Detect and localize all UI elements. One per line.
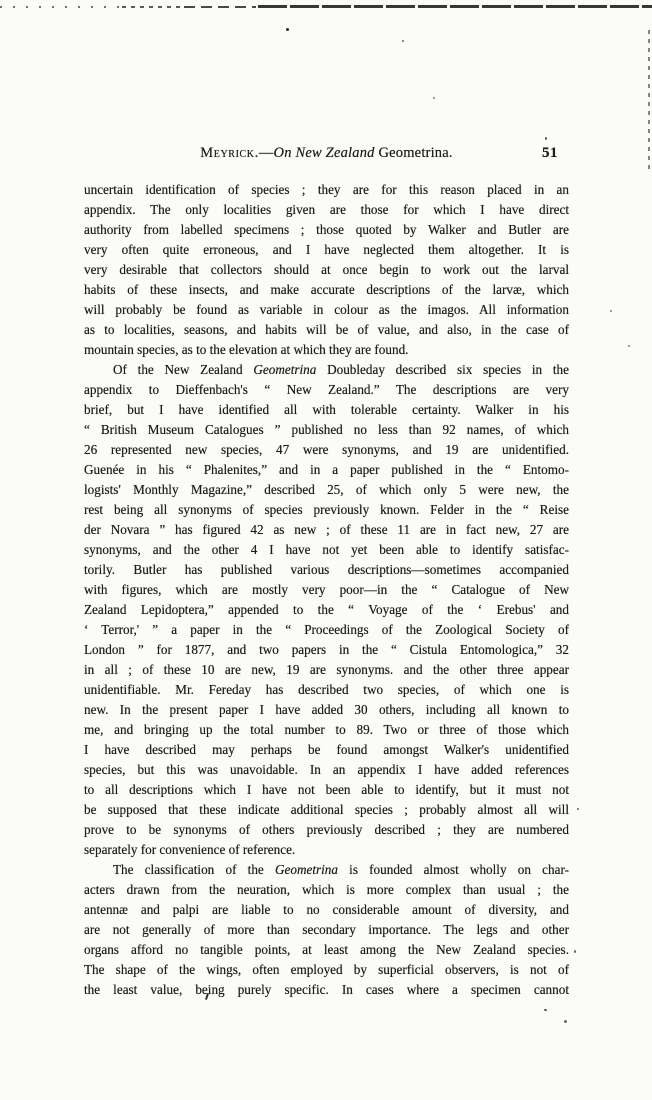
text-segment: habits of these insects, and make accura… xyxy=(84,282,569,297)
text-segment-italic: Geometrina xyxy=(275,862,338,877)
header-title-roman: Geometrina. xyxy=(375,145,453,161)
scan-speck xyxy=(433,97,435,99)
text-segment: is founded almost wholly on char- xyxy=(338,862,569,877)
text-segment: separately for convenience of reference. xyxy=(84,842,295,857)
text-line: brief, but I have identified all with to… xyxy=(84,400,569,420)
text-segment: in all ; of these 10 are new, 19 are syn… xyxy=(84,662,569,677)
text-line: The shape of the wings, often employed b… xyxy=(84,960,569,980)
text-line: logists' Monthly Magazine,” described 25… xyxy=(84,480,569,500)
text-segment: unidentifiable. Mr. Fereday has describe… xyxy=(84,682,569,697)
text-segment: antennæ and palpi are liable to no consi… xyxy=(84,902,569,917)
scanned-journal-page: Meyrick.—On New Zealand Geometrina. 51 u… xyxy=(0,0,652,1100)
text-segment: appendix to Dieffenbach's “ New Zealand.… xyxy=(84,382,569,397)
text-line: prove to be synonyms of others previousl… xyxy=(84,820,569,840)
text-line: very often quite erroneous, and I have n… xyxy=(84,240,569,260)
text-segment: prove to be synonyms of others previousl… xyxy=(84,822,569,837)
text-line: habits of these insects, and make accura… xyxy=(84,280,569,300)
text-segment: very desirable that collectors should at… xyxy=(84,262,569,277)
header-author: Meyrick. xyxy=(200,145,259,161)
text-segment: Guenée in his “ Phalenites,” and in a pa… xyxy=(84,462,569,477)
text-segment: Zealand Lepidoptera,” appended to the “ … xyxy=(84,602,569,617)
text-line: rest being all synonyms of species previ… xyxy=(84,500,569,520)
header-separator: — xyxy=(259,145,274,161)
text-segment: I have described may perhaps be found am… xyxy=(84,742,569,757)
text-line: as to localities, seasons, and habits wi… xyxy=(84,320,569,340)
text-line: ‘ Terror,' ” a paper in the “ Proceeding… xyxy=(84,620,569,640)
text-line: with figures, which are mostly very poor… xyxy=(84,580,569,600)
text-segment: The shape of the wings, often employed b… xyxy=(84,962,569,977)
scan-speck xyxy=(544,1009,547,1011)
text-segment: rest being all synonyms of species previ… xyxy=(84,502,569,517)
text-line: unidentifiable. Mr. Fereday has describe… xyxy=(84,680,569,700)
text-line: authority from labelled specimens ; thos… xyxy=(84,220,569,240)
text-line: will probably be found as variable in co… xyxy=(84,300,569,320)
text-segment: “ British Museum Catalogues ” published … xyxy=(84,422,569,437)
text-line: mountain species, as to the elevation at… xyxy=(84,340,569,360)
text-line: to all descriptions which I have not bee… xyxy=(84,780,569,800)
text-segment: to all descriptions which I have not bee… xyxy=(84,782,569,797)
text-line: 26 represented new species, 47 were syno… xyxy=(84,440,569,460)
text-line: synonyms, and the other 4 I have not yet… xyxy=(84,540,569,560)
text-segment: 26 represented new species, 47 were syno… xyxy=(84,442,569,457)
text-line: London ” for 1877, and two papers in the… xyxy=(84,640,569,660)
text-line: antennæ and palpi are liable to no consi… xyxy=(84,900,569,920)
scan-speck xyxy=(402,40,404,42)
text-segment: Doubleday described six species in the xyxy=(316,362,569,377)
scan-speck xyxy=(574,950,576,953)
text-segment: torily. Butler has published various des… xyxy=(84,562,569,577)
text-segment: new. In the present paper I have added 3… xyxy=(84,702,569,717)
text-segment: be supposed that these indicate addition… xyxy=(84,802,569,817)
text-line: Guenée in his “ Phalenites,” and in a pa… xyxy=(84,460,569,480)
scan-artifact-top-edge xyxy=(258,5,652,8)
scan-artifact-right-edge xyxy=(648,30,650,172)
text-line: organs afford no tangible points, at lea… xyxy=(84,940,569,960)
text-line: new. In the present paper I have added 3… xyxy=(84,700,569,720)
body-text: uncertain identification of species ; th… xyxy=(84,180,569,1000)
text-line: appendix to Dieffenbach's “ New Zealand.… xyxy=(84,380,569,400)
text-segment: brief, but I have identified all with to… xyxy=(84,402,569,417)
text-segment: authority from labelled specimens ; thos… xyxy=(84,222,569,237)
text-line: “ British Museum Catalogues ” published … xyxy=(84,420,569,440)
text-segment: with figures, which are mostly very poor… xyxy=(84,582,569,597)
text-line: are not generally of more than secondary… xyxy=(84,920,569,940)
text-segment: ‘ Terror,' ” a paper in the “ Proceeding… xyxy=(84,622,569,637)
text-segment: uncertain identification of species ; th… xyxy=(84,182,569,197)
scan-speck xyxy=(286,28,289,31)
scan-artifact-top-edge xyxy=(0,6,120,8)
text-line: appendix. The only localities given are … xyxy=(84,200,569,220)
text-line: separately for convenience of reference. xyxy=(84,840,569,860)
text-segment: Of the New Zealand xyxy=(113,362,253,377)
text-line: very desirable that collectors should at… xyxy=(84,260,569,280)
scan-speck xyxy=(628,345,630,347)
text-segment: The classification of the xyxy=(113,862,275,877)
text-segment: London ” for 1877, and two papers in the… xyxy=(84,642,569,657)
text-segment: the least value, being purely specific. … xyxy=(84,982,569,997)
text-line: I have described may perhaps be found am… xyxy=(84,740,569,760)
text-line: be supposed that these indicate addition… xyxy=(84,800,569,820)
scan-artifact-top-edge xyxy=(122,6,182,8)
scan-speck xyxy=(610,310,612,312)
text-line: Of the New Zealand Geometrina Doubleday … xyxy=(84,360,569,380)
text-segment: appendix. The only localities given are … xyxy=(84,202,569,217)
text-segment: synonyms, and the other 4 I have not yet… xyxy=(84,542,569,557)
scan-speck xyxy=(577,808,579,810)
header-title-italic: On New Zealand xyxy=(274,145,375,161)
text-line: torily. Butler has published various des… xyxy=(84,560,569,580)
text-line: me, and bringing up the total number to … xyxy=(84,720,569,740)
text-line: species, but this was unavoidable. In an… xyxy=(84,760,569,780)
text-segment: organs afford no tangible points, at lea… xyxy=(84,942,569,957)
text-line: acters drawn from the neuration, which i… xyxy=(84,880,569,900)
scan-artifact-top-edge xyxy=(184,6,256,8)
text-segment: der Novara ” has figured 42 as new ; of … xyxy=(84,522,569,537)
text-line: The classification of the Geometrina is … xyxy=(84,860,569,880)
text-segment-italic: Geometrina xyxy=(253,362,316,377)
text-line: in all ; of these 10 are new, 19 are syn… xyxy=(84,660,569,680)
scan-speck xyxy=(564,1020,567,1023)
text-line: the least value, being purely specific. … xyxy=(84,980,569,1000)
text-segment: mountain species, as to the elevation at… xyxy=(84,342,408,357)
text-segment: me, and bringing up the total number to … xyxy=(84,722,569,737)
text-segment: species, but this was unavoidable. In an… xyxy=(84,762,569,777)
text-segment: as to localities, seasons, and habits wi… xyxy=(84,322,569,337)
text-line: uncertain identification of species ; th… xyxy=(84,180,569,200)
text-segment: very often quite erroneous, and I have n… xyxy=(84,242,569,257)
page-number: 51 xyxy=(542,145,558,161)
text-segment: logists' Monthly Magazine,” described 25… xyxy=(84,482,569,497)
running-header: Meyrick.—On New Zealand Geometrina. 51 xyxy=(84,145,569,161)
text-line: der Novara ” has figured 42 as new ; of … xyxy=(84,520,569,540)
text-segment: acters drawn from the neuration, which i… xyxy=(84,882,569,897)
text-segment: will probably be found as variable in co… xyxy=(84,302,569,317)
scan-speck xyxy=(545,137,547,140)
text-line: Zealand Lepidoptera,” appended to the “ … xyxy=(84,600,569,620)
text-segment: are not generally of more than secondary… xyxy=(84,922,569,937)
